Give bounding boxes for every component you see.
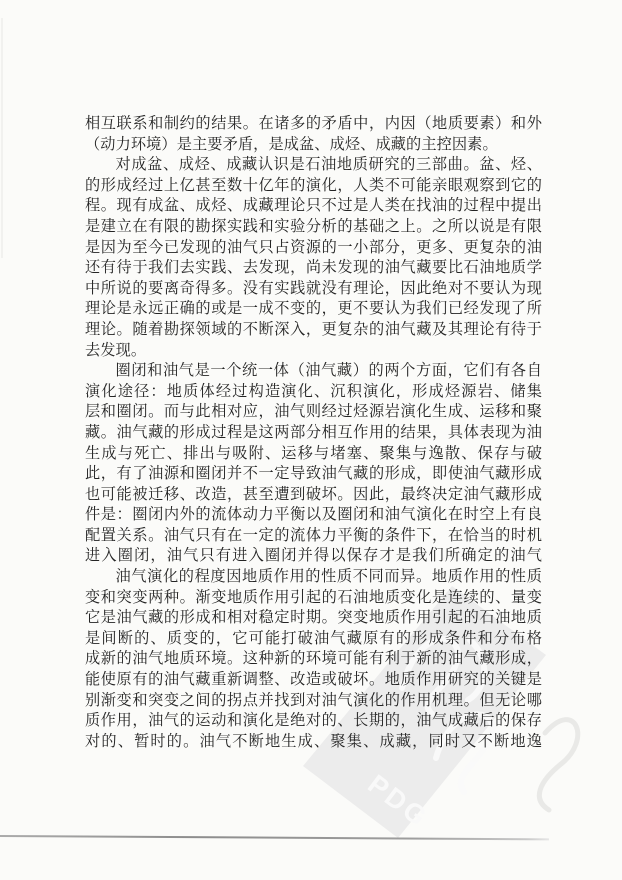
text-line: 还有待于我们去实践、去发现，尚未发现的油气藏要比石油地质学书本 — [85, 258, 542, 279]
text-line: 配置关系。油气只有在一定的流体力平衡的条件下，在恰当的时机才能 — [85, 526, 542, 547]
text-line: 中所说的要离奇得多。没有实践就没有理论，因此绝对不要认为现有的 — [85, 279, 542, 300]
text-line: 理论是永远正确的或是一成不变的，更不要认为我们已经发现了所有的 — [85, 299, 542, 320]
watermark-faint-curl — [539, 720, 577, 810]
text-line: 质作用，油气的运动和演化是绝对的、长期的，油气成藏后的保存是相 — [85, 711, 542, 732]
text-line: 程。现有成盆、成烃、成藏理论只不过是人类在找油的过程中提出的， — [85, 196, 542, 217]
text-line: 层和圈闭。而与此相对应，油气则经过烃源岩演化生成、运移和聚集成 — [85, 402, 542, 423]
text-line: 藏。油气藏的形成过程是这两部分相互作用的结果，具体表现为油气的 — [85, 423, 542, 444]
text-line: 进入圈闭，油气只有进入圈闭并得以保存才是我们所确定的油气藏。 — [85, 546, 542, 567]
text-line: 的形成经过上亿甚至数十亿年的演化，人类不可能亲眼观察到它的全过 — [85, 176, 542, 197]
text-line: 对成盆、成烃、成藏认识是石油地质研究的三部曲。盆、烃、藏 — [85, 155, 542, 176]
text-line: 能使原有的油气藏重新调整、改造或破坏。地质作用研究的关键是要识 — [85, 670, 542, 691]
scanned-page: PDG 相互联系和制约的结果。在诸多的矛盾中，内因（地质要素）和外因（动力环境）… — [0, 0, 622, 880]
text-line: 别渐变和突变之间的拐点并找到对油气演化的作用机理。但无论哪种地 — [85, 691, 542, 712]
text-line: 变和突变两种。渐变地质作用引起的石油地质变化是连续的、量变的， — [85, 588, 542, 609]
scan-rule-line — [0, 835, 549, 840]
scan-edge-artifact — [1, 18, 3, 258]
text-line: 生成与死亡、排出与吸附、运移与堵塞、聚集与逸散、保存与破坏。因 — [85, 444, 542, 465]
text-line: 它是油气藏的形成和相对稳定时期。突变地质作用引起的石油地质变化 — [85, 608, 542, 629]
text-line: 去发现。 — [85, 341, 542, 362]
text-line: 对的、暂时的。油气不断地生成、聚集、成藏，同时又不断地逸散、散 — [85, 732, 542, 753]
text-line: 理论。随着勘探领域的不断深入，更复杂的油气藏及其理论有待于人类 — [85, 320, 542, 341]
watermark-pdg-label: PDG — [362, 769, 434, 834]
text-line: 油气演化的程度因地质作用的性质不同而异。地质作用的性质有渐 — [85, 567, 542, 588]
text-line: 也可能被迁移、改造，甚至遭到破坏。因此，最终决定油气藏形成的条 — [85, 485, 542, 506]
text-line: 此，有了油源和圈闭并不一定导致油气藏的形成，即使油气藏形成了， — [85, 464, 542, 485]
text-line: 件是：圈闭内外的流体动力平衡以及圈闭和油气演化在时空上有良好的 — [85, 505, 542, 526]
text-line: 是间断的、质变的，它可能打破油气藏原有的形成条件和分布格局，形 — [85, 629, 542, 650]
text-line: 是因为至今已发现的油气只占资源的一小部分，更多、更复杂的油气藏 — [85, 238, 542, 259]
text-line: 成新的油气地质环境。这种新的环境可能有利于新的油气藏形成，也可 — [85, 649, 542, 670]
text-line: （动力环境）是主要矛盾，是成盆、成烃、成藏的主控因素。 — [85, 135, 542, 156]
text-line: 相互联系和制约的结果。在诸多的矛盾中，内因（地质要素）和外因 — [85, 114, 542, 135]
body-text: 相互联系和制约的结果。在诸多的矛盾中，内因（地质要素）和外因（动力环境）是主要矛… — [85, 114, 542, 752]
text-line: 圈闭和油气是一个统一体（油气藏）的两个方面，它们有各自的 — [85, 361, 542, 382]
text-line: 是建立在有限的勘探实践和实验分析的基础之上。之所以说是有限的， — [85, 217, 542, 238]
text-line: 演化途径：地质体经过构造演化、沉积演化，形成烃源岩、储集层、盖 — [85, 382, 542, 403]
